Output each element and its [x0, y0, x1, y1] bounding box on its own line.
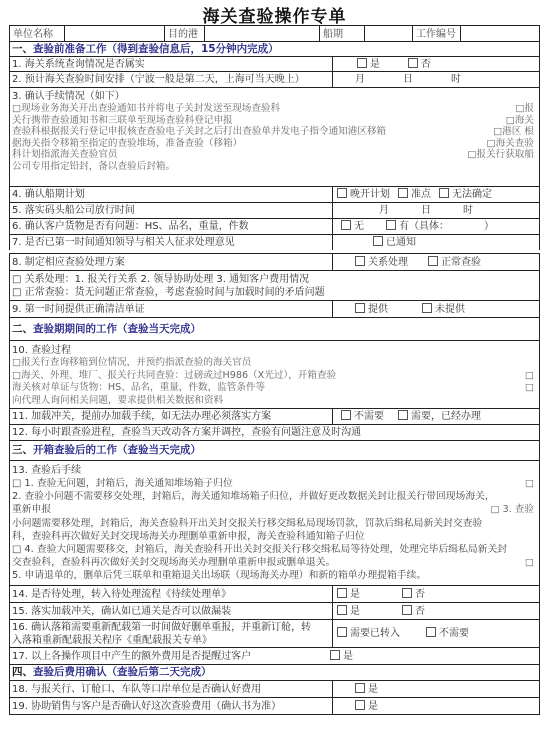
checkbox-needed-transferred[interactable]: 需要已转入	[337, 627, 400, 640]
item-19-row: 19. 协助销售与客户是否确认好这次查验费用（确认书为准） 是	[9, 697, 540, 715]
item-15-label: 15. 落实加载冲关，确认如已通关是否可以做漏装	[10, 603, 333, 619]
unit-name-label: 单位名称	[10, 26, 65, 41]
work-number-field[interactable]	[461, 26, 539, 41]
checkbox-baoguan[interactable]: □报	[515, 103, 534, 115]
section-number: 四、	[12, 666, 33, 679]
section-1-header: 一、 查验前准备工作（得到查验信息后，15分钟内完成）	[9, 41, 540, 56]
checkbox-on-time[interactable]: 准点	[398, 188, 431, 201]
plan-relation-line[interactable]: □ 关系处理：1. 报关行关系 2. 领导协助处理 3. 通知客户费用情况	[12, 273, 537, 286]
item-12-row: 12. 每小时跟查验进程，查验当天改动各方案并调控，查验有问题注意及时沟通	[9, 424, 540, 440]
hour-unit[interactable]: 时	[451, 73, 461, 86]
month-unit[interactable]: 月	[379, 204, 389, 217]
item-5-row: 5. 落实码头船公司放行时间 月 日 时	[9, 202, 540, 218]
section-title: 查验期期间的工作（查验当天完成）	[33, 323, 201, 336]
checkbox-icon	[355, 303, 365, 313]
checkbox-icon	[341, 410, 351, 420]
procedure-line[interactable]: □ 1. 查验无问题，封箱后，海关通知堆场箱子归位	[12, 477, 537, 490]
item-16-label-line-1: 16. 确认落箱需要重新配载第一时间做好删单重报，并重新订舱，转	[12, 621, 330, 634]
checkbox-icon	[386, 220, 396, 230]
process-line: 海关核对单证与货物：HS、品名，重量，件数，监管条件等	[12, 382, 537, 395]
unit-name-field[interactable]	[65, 26, 165, 41]
checkbox-customs-inspection[interactable]: □海关查验	[487, 138, 534, 150]
checkbox-icon	[422, 303, 432, 313]
checkbox-icon	[398, 188, 408, 198]
checkbox-no[interactable]: 否	[402, 605, 425, 618]
checkbox-needed-done[interactable]: 需要，已经办理	[398, 410, 481, 423]
checkbox-late-plan[interactable]: 晚开计划	[337, 188, 390, 201]
checkbox-icon	[402, 588, 412, 598]
process-line[interactable]: □报关行查询移箱到位情况，并预约指派查验的海关官员	[12, 357, 537, 370]
procedure-line: 交查验科，查验科再次做好关封交现场海关办理删单重新申报或删单退关。	[12, 556, 537, 569]
checkbox-inquire[interactable]: □	[525, 382, 534, 395]
item-19-label: 19. 协助销售与客户是否确认好这次查验费用（确认书为准）	[10, 698, 333, 714]
checkbox-yes[interactable]: 是	[330, 650, 353, 663]
form-title: 海关查验操作专单	[0, 2, 549, 27]
item-9-label: 9. 第一时间提供正确清洁单证	[10, 301, 333, 317]
checkbox-not-provided[interactable]: 未提供	[422, 303, 465, 316]
item-6-label: 6. 确认客户货物是否有问题：HS、品名，重量，件数	[10, 219, 333, 234]
checkbox-icon	[408, 58, 418, 68]
checkbox-yes[interactable]: 是	[337, 605, 360, 618]
header-fields-row: 单位名称 目的港 船期 工作编号	[9, 25, 540, 41]
item-13-label: 13. 查验后手续	[12, 464, 537, 477]
section-number: 三、	[12, 444, 33, 457]
item-6-row: 6. 确认客户货物是否有问题：HS、品名，重量，件数 无 有（具体： ）	[9, 218, 540, 234]
destination-port-label: 目的港	[165, 26, 205, 41]
checkbox-notified[interactable]: 已通知	[373, 236, 416, 249]
item-14-label: 14. 是否待处理，转入待处理流程《待续处理单》	[10, 586, 333, 602]
item-3-label: 3. 确认手续情况（如下）	[12, 90, 537, 103]
day-unit[interactable]: 日	[403, 73, 413, 86]
item-16-row: 16. 确认落箱需要重新配载第一时间做好删单重报，并重新订舱，转 入落箱重新配载…	[9, 619, 540, 647]
procedure-line: 公司专用指定铅封，备以查验后封箱。	[12, 161, 537, 173]
checkbox-inspect[interactable]: □	[525, 370, 534, 383]
item-8-label: 8. 制定相应查验处理方案	[10, 254, 333, 270]
checkbox-broker-ship[interactable]: □报关行获取船	[467, 149, 534, 161]
checkbox-not-needed[interactable]: 不需要	[341, 410, 384, 423]
item-17-row: 17. 以上各操作项目中产生的额外费用是否提醒过客户 是	[9, 647, 540, 664]
checkbox-icon	[402, 605, 412, 615]
checkbox-has-issue[interactable]: 有（具体： ）	[386, 220, 494, 233]
checkbox-icon	[337, 605, 347, 615]
item-11-label: 11. 加载冲关，提前办加载手续，如无法办理必须落实方案	[10, 409, 333, 424]
checkbox-normal[interactable]: 正常查验	[428, 256, 481, 269]
item-11-row: 11. 加载冲关，提前办加载手续，如无法办理必须落实方案 不需要 需要，已经办理	[9, 408, 540, 424]
section-title: 查验前准备工作（得到查验信息后，15分钟内完成）	[33, 43, 279, 56]
checkbox-icon	[373, 236, 383, 246]
procedure-line: 重新申报	[12, 503, 537, 516]
procedure-line: 科，查验科再次做好关封交现场海关办理删单重新申报，海关查验科通知箱子归位	[12, 530, 537, 543]
checkbox-customs[interactable]: □海关	[506, 115, 534, 127]
item-18-label: 18. 与报关行、订舱口、车队等口岸单位是否确认好费用	[10, 681, 333, 697]
process-line[interactable]: □海关、外理、堆厂、报关行共同查验：过磅或过H986（X光过），开箱查验	[12, 370, 537, 383]
checkbox-provided[interactable]: 提供	[355, 303, 388, 316]
checkbox-icon	[355, 683, 365, 693]
item-3-row: 3. 确认手续情况（如下） □现场业务海关开出查验通知书并将电子关封发送至现场查…	[9, 87, 540, 186]
checkbox-icon	[355, 256, 365, 266]
hour-unit[interactable]: 时	[463, 204, 473, 217]
sailing-date-field[interactable]	[365, 26, 413, 41]
checkbox-yes[interactable]: 是	[357, 58, 380, 71]
checkbox-yes[interactable]: 是	[337, 588, 360, 601]
checkbox-port[interactable]: □港区 根	[493, 126, 534, 138]
checkbox-uncertain[interactable]: 无法确定	[439, 188, 492, 201]
item-4-row: 4. 确认船期计划 晚开计划 准点 无法确定	[9, 186, 540, 202]
item-5-label: 5. 落实码头船公司放行时间	[10, 203, 333, 218]
item-2-row: 2. 预计海关查验时间安排（宁波一般是第二天，上海可当天晚上） 月 日 时	[9, 71, 540, 87]
checkbox-icon	[341, 220, 351, 230]
checkbox-step-2[interactable]: □	[525, 477, 534, 490]
checkbox-icon	[426, 627, 436, 637]
checkbox-icon	[398, 410, 408, 420]
section-2-header: 二、 查验期期间的工作（查验当天完成）	[9, 317, 540, 340]
item-14-row: 14. 是否待处理，转入待处理流程《待续处理单》 是 否	[9, 585, 540, 602]
section-title: 开箱查验后的工作（查验当天完成）	[33, 444, 201, 457]
checkbox-icon	[439, 188, 449, 198]
section-number: 二、	[12, 323, 33, 336]
item-17-label: 17. 以上各操作项目中产生的额外费用是否提醒过客户	[12, 650, 330, 663]
item-1-row: 1. 海关系统查询情况是否属实 是 否	[9, 56, 540, 71]
item-16-label-line-2: 入落箱重新配载报关程序《重配载报关专单》	[12, 634, 330, 647]
checkbox-step-5[interactable]: □	[525, 556, 534, 569]
day-unit[interactable]: 日	[421, 204, 431, 217]
item-1-label: 1. 海关系统查询情况是否属实	[10, 57, 333, 71]
checkbox-none[interactable]: 无	[341, 220, 364, 233]
checkbox-no[interactable]: 否	[402, 588, 425, 601]
checkbox-not-needed[interactable]: 不需要	[426, 627, 469, 640]
procedure-line: 科计划指派海关查验官员	[12, 149, 537, 161]
item-10-row: 10. 查验过程 □报关行查询移箱到位情况，并预约指派查验的海关官员 □海关、外…	[9, 340, 540, 408]
item-8-detail-row: □ 关系处理：1. 报关行关系 2. 领导协助处理 3. 通知客户费用情况 □ …	[9, 270, 540, 300]
section-4-header: 四、 查验后费用确认（查验后第二天完成）	[9, 664, 540, 680]
checkbox-icon	[337, 627, 347, 637]
item-4-label: 4. 确认船期计划	[10, 187, 333, 202]
checkbox-icon	[330, 650, 340, 660]
destination-port-field[interactable]	[205, 26, 320, 41]
item-2-label: 2. 预计海关查验时间安排（宁波一般是第二天，上海可当天晚上）	[10, 72, 333, 87]
item-7-row: 7. 是否已第一时间通知领导与相关人征求处理意见 已通知	[9, 234, 540, 250]
checkbox-icon	[337, 588, 347, 598]
item-15-row: 15. 落实加载冲关，确认如已通关是否可以做漏装 是 否	[9, 602, 540, 619]
section-number: 一、	[12, 43, 33, 56]
procedure-line[interactable]: □现场业务海关开出查验通知书并将电子关封发送至现场查验科	[12, 103, 537, 115]
item-8-row: 8. 制定相应查验处理方案 关系处理 正常查验	[9, 253, 540, 270]
item-12-label: 12. 每小时跟查验进程，查验当天改动各方案并调控，查验有问题注意及时沟通	[10, 425, 539, 440]
procedure-line: 小问题需要移处理，封箱后，海关查验科开出关封交报关行移交缉私局现场罚款，罚款后缉…	[12, 517, 537, 530]
procedure-line: 2. 查验小问题不需要移交处理，封箱后，海关通知堆场箱子归位，并做好更改数据关封…	[12, 490, 537, 503]
procedure-line[interactable]: □ 4. 查验大问题需要移交，封箱后，海关查验科开出关封交报关行移交缉私局等待处…	[12, 543, 537, 556]
sailing-date-label: 船期	[320, 26, 365, 41]
work-number-label: 工作编号	[413, 26, 461, 41]
checkbox-relation[interactable]: 关系处理	[355, 256, 408, 269]
procedure-line: 查验科根据报关行登记申报核查查验电子关封之后打出查验单并发电子指令通知港区移箱	[12, 126, 537, 138]
section-3-header: 三、 开箱查验后的工作（查验当天完成）	[9, 440, 540, 460]
checkbox-icon	[357, 58, 367, 68]
checkbox-yes[interactable]: 是	[355, 683, 378, 696]
checkbox-no[interactable]: 否	[408, 58, 431, 71]
checkbox-yes[interactable]: 是	[355, 700, 378, 713]
checkbox-step-3[interactable]: □ 3. 查验	[490, 503, 534, 516]
plan-normal-line[interactable]: □ 正常查验：货无问题正常查验，考虑查验时间与加载时间的矛盾问题	[12, 286, 537, 299]
item-7-label: 7. 是否已第一时间通知领导与相关人征求处理意见	[10, 235, 333, 250]
process-line: 向代理人询问相关问题，要求提供相关数据和资料	[12, 395, 537, 408]
month-unit[interactable]: 月	[355, 73, 365, 86]
item-10-label: 10. 查验过程	[12, 344, 537, 357]
checkbox-icon	[428, 256, 438, 266]
checkbox-icon	[337, 188, 347, 198]
procedure-line: 关行携带查验通知书和三联单至现场查验科登记申报	[12, 115, 537, 127]
section-title: 查验后费用确认（查验后第二天完成）	[33, 666, 212, 679]
procedure-line: 据海关指令移箱至指定的查验堆场，准备查验（移箱）	[12, 138, 537, 150]
item-13-row: 13. 查验后手续 □ 1. 查验无问题，封箱后，海关通知堆场箱子归位 2. 查…	[9, 460, 540, 585]
item-9-row: 9. 第一时间提供正确清洁单证 提供 未提供	[9, 300, 540, 317]
checkbox-icon	[355, 700, 365, 710]
item-18-row: 18. 与报关行、订舱口、车队等口岸单位是否确认好费用 是	[9, 680, 540, 697]
procedure-line: 5. 申请退单的，删单后凭三联单和重箱退关出场联（现场海关办理）和新的箱单办理提…	[12, 569, 537, 582]
